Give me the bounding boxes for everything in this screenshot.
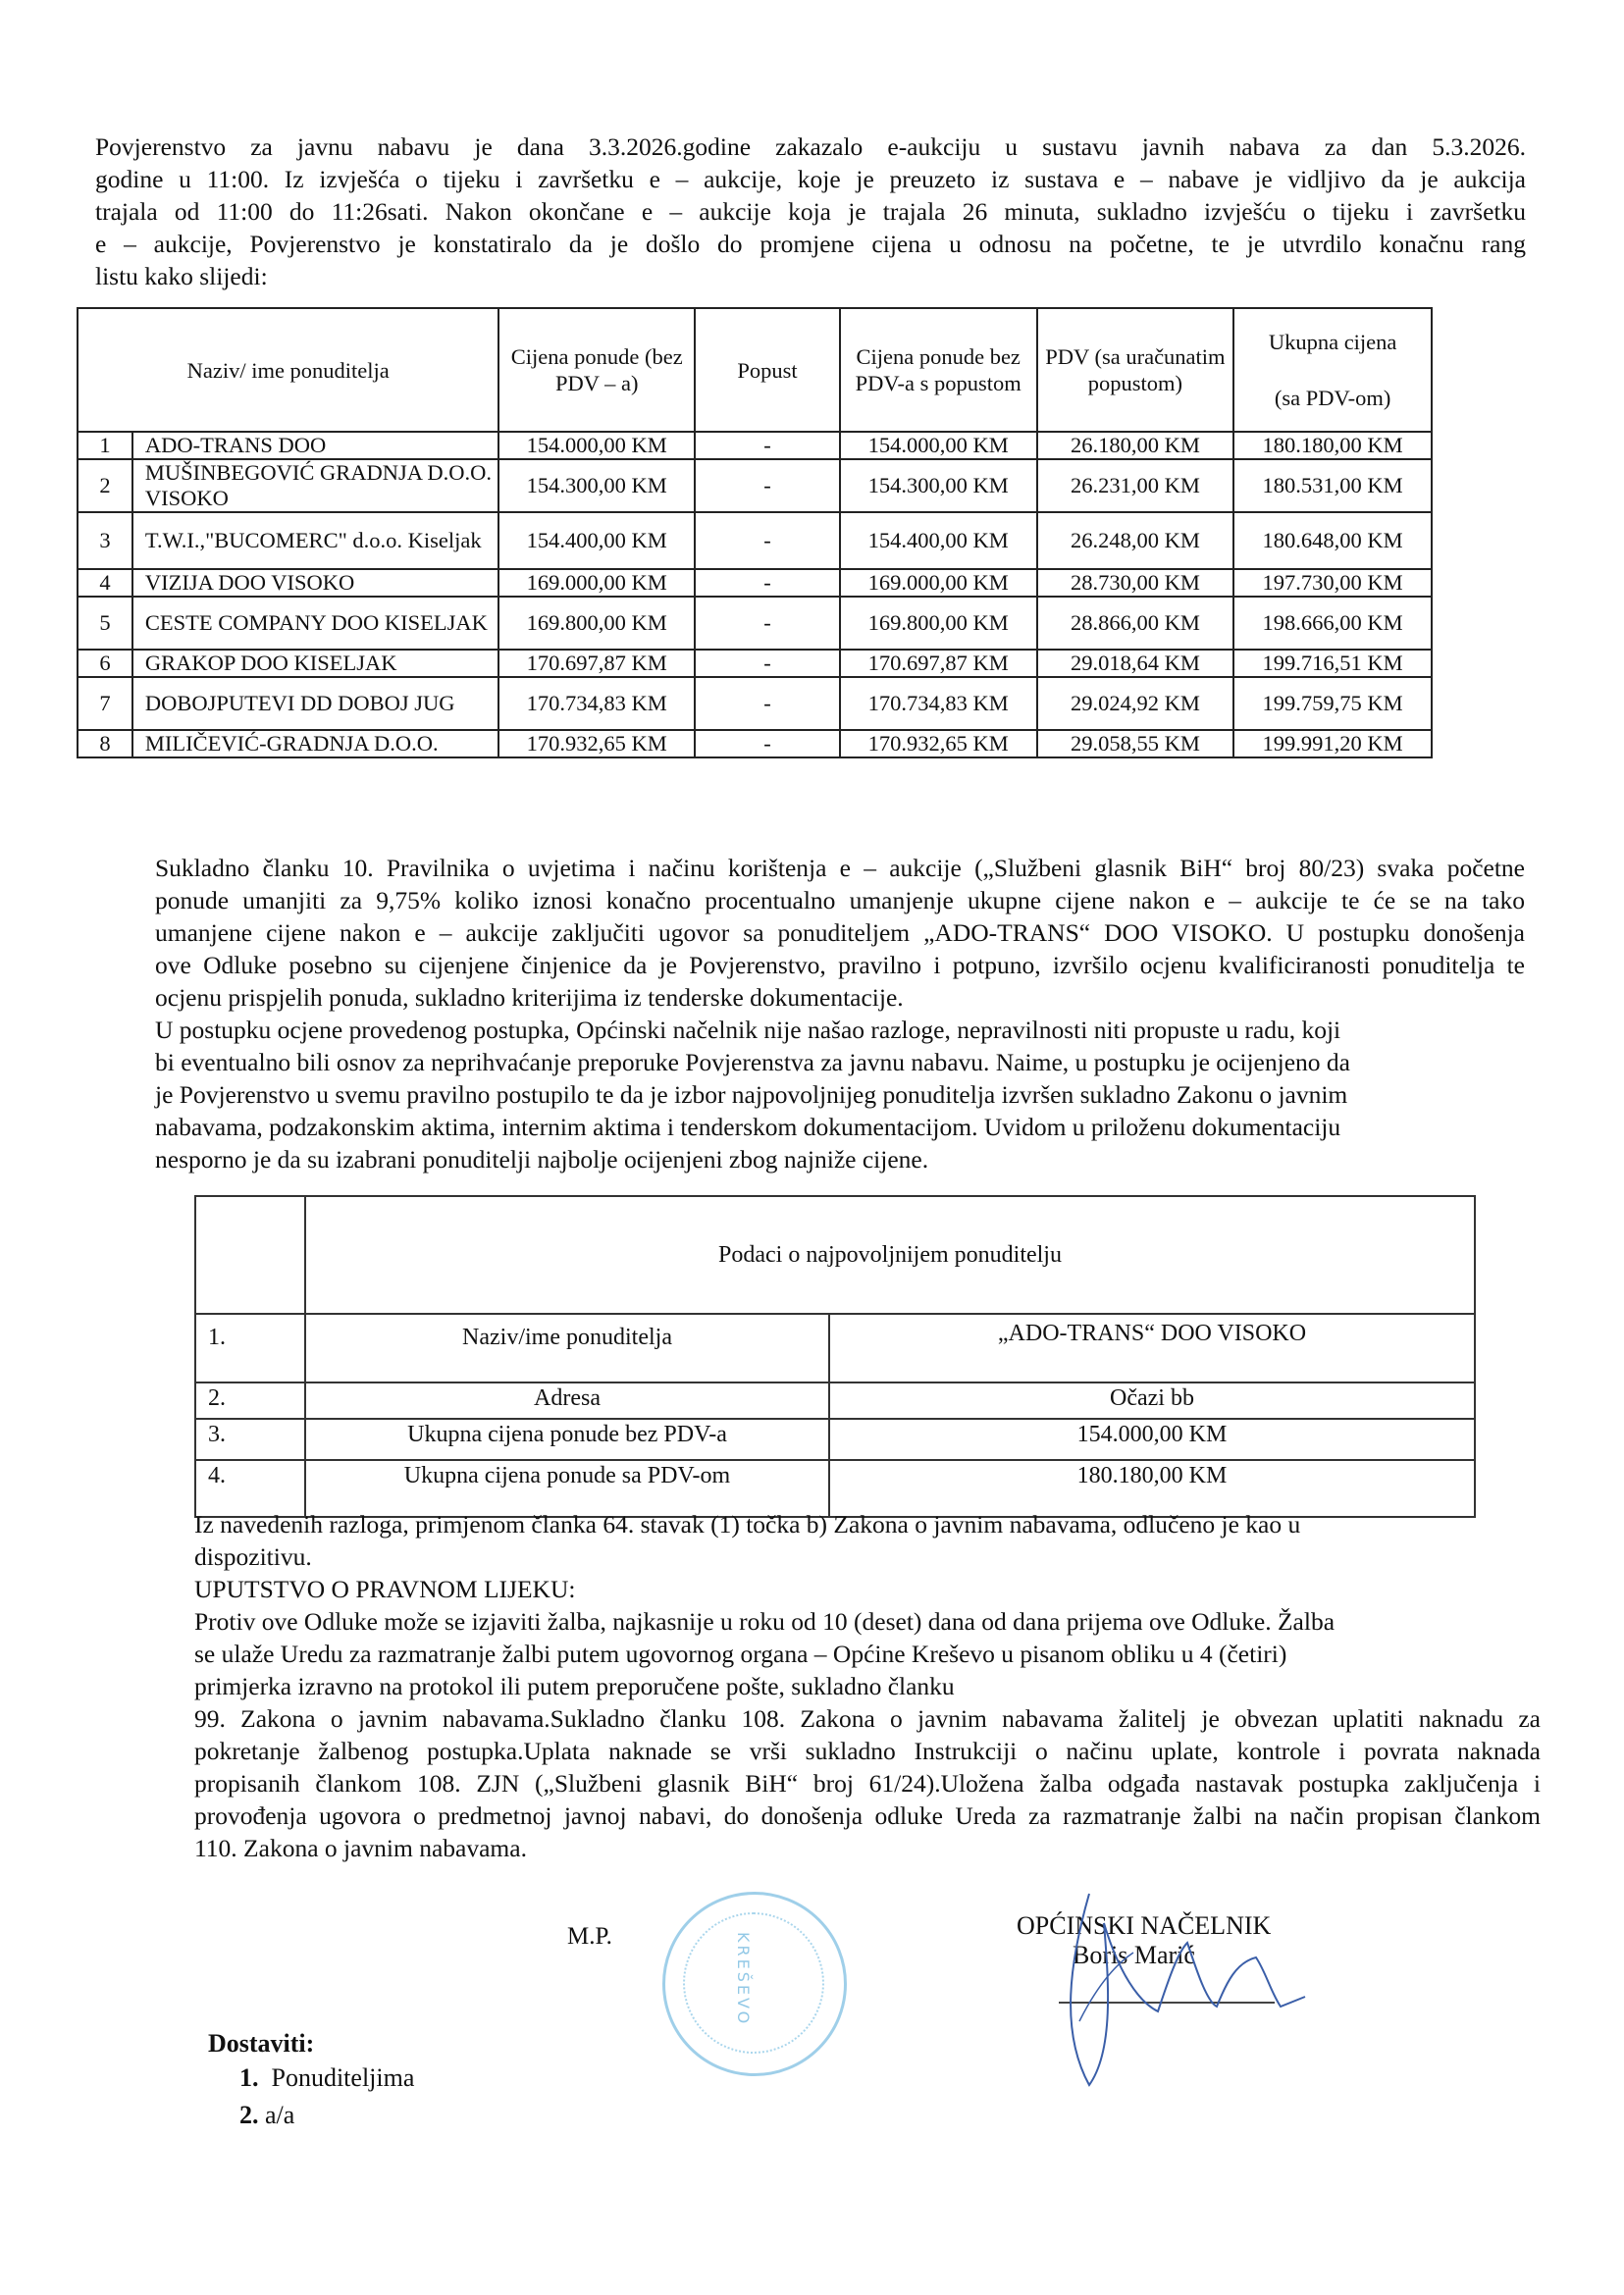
best-bidder-title: Podaci o najpovoljnijem ponuditelju xyxy=(305,1196,1475,1314)
intro-paragraph: Povjerenstvo za javnu nabavu je dana 3.3… xyxy=(95,130,1526,292)
reasoning-line: nesporno je da su izabrani ponuditelji n… xyxy=(155,1143,1525,1175)
cell-price-discounted: 170.734,83 KM xyxy=(840,677,1037,730)
cell-rank: 2 xyxy=(78,459,132,512)
header-price: Cijena ponude (bez PDV – a) xyxy=(498,308,695,432)
reasoning-line: ponude umanjiti za 9,75% koliko iznosi k… xyxy=(155,884,1525,916)
delivery-item-num: 2. xyxy=(239,2101,259,2129)
cell-total: 180.180,00 KM xyxy=(1233,432,1432,459)
conclusion-line: 99. Zakona o javnim nabavama.Sukladno čl… xyxy=(194,1702,1541,1735)
ranking-table-row: 7DOBOJPUTEVI DD DOBOJ JUG170.734,83 KM-1… xyxy=(78,677,1432,730)
cell-vat: 29.058,55 KM xyxy=(1037,730,1234,757)
cell-vat: 28.730,00 KM xyxy=(1037,569,1234,597)
cell-vat: 26.231,00 KM xyxy=(1037,459,1234,512)
cell-price-discounted: 154.000,00 KM xyxy=(840,432,1037,459)
header-price-discounted: Cijena ponude bez PDV-a s popustom xyxy=(840,308,1037,432)
ranking-table-header: Naziv/ ime ponuditelja Cijena ponude (be… xyxy=(78,308,1432,432)
cell-price: 154.000,00 KM xyxy=(498,432,695,459)
cell-vat: 26.180,00 KM xyxy=(1037,432,1234,459)
best-bidder-title-row: Podaci o najpovoljnijem ponuditelju xyxy=(195,1196,1475,1314)
cell-price: 169.000,00 KM xyxy=(498,569,695,597)
cell-rank: 8 xyxy=(78,730,132,757)
cell-discount: - xyxy=(695,569,840,597)
legal-remedy-heading: UPUTSTVO O PRAVNOM LIJEKU: xyxy=(194,1573,1541,1605)
cell-vat: 26.248,00 KM xyxy=(1037,512,1234,569)
stamp-inner-ring xyxy=(683,1912,824,2054)
cell-total: 199.716,51 KM xyxy=(1233,650,1432,677)
row-label: Naziv/ime ponuditelja xyxy=(305,1314,829,1382)
cell-vat: 29.024,92 KM xyxy=(1037,677,1234,730)
row-value: „ADO-TRANS“ DOO VISOKO xyxy=(829,1314,1475,1382)
delivery-item-text: a/a xyxy=(265,2101,294,2129)
header-vat: PDV (sa uračunatim popustom) xyxy=(1037,308,1234,432)
cell-discount: - xyxy=(695,459,840,512)
delivery-item-text: Ponuditeljima xyxy=(272,2063,415,2092)
cell-total: 180.531,00 KM xyxy=(1233,459,1432,512)
conclusion-line: 110. Zakona o javnim nabavama. xyxy=(194,1832,1541,1864)
header-total-label: Ukupna cijena xyxy=(1269,330,1397,354)
cell-price: 170.932,65 KM xyxy=(498,730,695,757)
cell-price-discounted: 154.300,00 KM xyxy=(840,459,1037,512)
cell-discount: - xyxy=(695,730,840,757)
conclusion-line: propisanih člankom 108. ZJN („Službeni g… xyxy=(194,1767,1541,1799)
row-num: 3. xyxy=(195,1419,305,1460)
cell-price-discounted: 154.400,00 KM xyxy=(840,512,1037,569)
cell-price: 154.400,00 KM xyxy=(498,512,695,569)
intro-line: godine u 11:00. Iz izvješća o tijeku i z… xyxy=(95,163,1526,195)
cell-rank: 5 xyxy=(78,597,132,650)
ranking-table-row: 1ADO-TRANS DOO154.000,00 KM-154.000,00 K… xyxy=(78,432,1432,459)
cell-total: 197.730,00 KM xyxy=(1233,569,1432,597)
cell-price-discounted: 170.697,87 KM xyxy=(840,650,1037,677)
cell-discount: - xyxy=(695,512,840,569)
cell-name: MUŠINBEGOVIĆ GRADNJA D.O.O. VISOKO xyxy=(132,459,499,512)
header-total-sub: (sa PDV-om) xyxy=(1238,385,1427,411)
intro-line: e – aukcije, Povjerenstvo je konstatiral… xyxy=(95,228,1526,260)
reasoning-line: je Povjerenstvo u svemu pravilno postupi… xyxy=(155,1078,1525,1111)
best-bidder-row: 1. Naziv/ime ponuditelja „ADO-TRANS“ DOO… xyxy=(195,1314,1475,1382)
cell-total: 198.666,00 KM xyxy=(1233,597,1432,650)
handwritten-signature xyxy=(1060,1884,1315,2100)
reasoning-paragraph: Sukladno članku 10. Pravilnika o uvjetim… xyxy=(155,852,1525,1175)
cell-name: CESTE COMPANY DOO KISELJAK xyxy=(132,597,499,650)
delivery-heading: Dostaviti: xyxy=(208,2028,414,2060)
cell-vat: 28.866,00 KM xyxy=(1037,597,1234,650)
header-discount: Popust xyxy=(695,308,840,432)
conclusion-line: provođenja ugovora o predmetnoj javnoj n… xyxy=(194,1799,1541,1832)
ranking-table-row: 2MUŠINBEGOVIĆ GRADNJA D.O.O. VISOKO154.3… xyxy=(78,459,1432,512)
best-bidder-table: Podaci o najpovoljnijem ponuditelju 1. N… xyxy=(194,1195,1476,1518)
cell-price: 169.800,00 KM xyxy=(498,597,695,650)
conclusion-line: pokretanje žalbenog postupka.Uplata nakn… xyxy=(194,1735,1541,1767)
reasoning-line: ove Odluke posebno su cijenjene činjenic… xyxy=(155,949,1525,981)
delivery-item-num: 1. xyxy=(239,2063,259,2092)
cell-name: GRAKOP DOO KISELJAK xyxy=(132,650,499,677)
best-bidder-row: 3. Ukupna cijena ponude bez PDV-a 154.00… xyxy=(195,1419,1475,1460)
row-num: 2. xyxy=(195,1382,305,1419)
cell-rank: 6 xyxy=(78,650,132,677)
cell-name: DOBOJPUTEVI DD DOBOJ JUG xyxy=(132,677,499,730)
ranking-table-row: 6GRAKOP DOO KISELJAK170.697,87 KM-170.69… xyxy=(78,650,1432,677)
cell-name: MILIČEVIĆ-GRADNJA D.O.O. xyxy=(132,730,499,757)
conclusion-line: Protiv ove Odluke može se izjaviti žalba… xyxy=(194,1605,1541,1638)
cell-name: ADO-TRANS DOO xyxy=(132,432,499,459)
cell-price: 170.697,87 KM xyxy=(498,650,695,677)
cell-vat: 29.018,64 KM xyxy=(1037,650,1234,677)
reasoning-line: ocjenu prispjelih ponuda, sukladno krite… xyxy=(155,981,1525,1014)
cell-discount: - xyxy=(695,432,840,459)
cell-total: 180.648,00 KM xyxy=(1233,512,1432,569)
cell-price: 154.300,00 KM xyxy=(498,459,695,512)
cell-total: 199.759,75 KM xyxy=(1233,677,1432,730)
header-name: Naziv/ ime ponuditelja xyxy=(78,308,498,432)
cell-price-discounted: 169.800,00 KM xyxy=(840,597,1037,650)
ranking-table-row: 4VIZIJA DOO VISOKO169.000,00 KM-169.000,… xyxy=(78,569,1432,597)
cell-rank: 3 xyxy=(78,512,132,569)
cell-name: VIZIJA DOO VISOKO xyxy=(132,569,499,597)
conclusion-line: se ulaže Uredu za razmatranje žalbi pute… xyxy=(194,1638,1541,1670)
conclusion-paragraph: Iz navedenih razloga, primjenom članka 6… xyxy=(194,1508,1541,1864)
ranking-table-row: 5CESTE COMPANY DOO KISELJAK169.800,00 KM… xyxy=(78,597,1432,650)
official-stamp: KREŠEVO xyxy=(662,1892,847,2076)
conclusion-line: Iz navedenih razloga, primjenom članka 6… xyxy=(194,1508,1541,1540)
intro-line: trajala od 11:00 do 11:26sati. Nakon oko… xyxy=(95,195,1526,228)
best-bidder-row: 2. Adresa Očazi bb xyxy=(195,1382,1475,1419)
cell-discount: - xyxy=(695,677,840,730)
ranking-table-row: 8MILIČEVIĆ-GRADNJA D.O.O.170.932,65 KM-1… xyxy=(78,730,1432,757)
cell-rank: 4 xyxy=(78,569,132,597)
reasoning-line: nabavama, podzakonskim aktima, internim … xyxy=(155,1111,1525,1143)
reasoning-line: Sukladno članku 10. Pravilnika o uvjetim… xyxy=(155,852,1525,884)
delivery-item: 2. a/a xyxy=(208,2097,414,2134)
cell-price: 170.734,83 KM xyxy=(498,677,695,730)
cell-price-discounted: 170.932,65 KM xyxy=(840,730,1037,757)
mp-label: M.P. xyxy=(567,1923,612,1951)
ranking-table: Naziv/ ime ponuditelja Cijena ponude (be… xyxy=(77,307,1433,758)
delivery-item: 1. Ponuditeljima xyxy=(208,2060,414,2097)
row-value: 154.000,00 KM xyxy=(829,1419,1475,1460)
cell-discount: - xyxy=(695,597,840,650)
intro-line: listu kako slijedi: xyxy=(95,260,1526,292)
cell-total: 199.991,20 KM xyxy=(1233,730,1432,757)
reasoning-line: U postupku ocjene provedenog postupka, O… xyxy=(155,1014,1525,1046)
conclusion-line: dispozitivu. xyxy=(194,1540,1541,1573)
cell-discount: - xyxy=(695,650,840,677)
row-value: Očazi bb xyxy=(829,1382,1475,1419)
intro-line: Povjerenstvo za javnu nabavu je dana 3.3… xyxy=(95,130,1526,163)
cell-rank: 7 xyxy=(78,677,132,730)
ranking-table-row: 3T.W.I.,"BUCOMERC" d.o.o. Kiseljak154.40… xyxy=(78,512,1432,569)
row-label: Ukupna cijena ponude bez PDV-a xyxy=(305,1419,829,1460)
header-total: Ukupna cijena (sa PDV-om) xyxy=(1233,308,1432,432)
conclusion-line: primjerka izravno na protokol ili putem … xyxy=(194,1670,1541,1702)
delivery-block: Dostaviti: 1. Ponuditeljima 2. a/a xyxy=(208,2028,414,2134)
row-num: 1. xyxy=(195,1314,305,1382)
stamp-text: KREŠEVO xyxy=(734,1932,753,2026)
cell-price-discounted: 169.000,00 KM xyxy=(840,569,1037,597)
row-label: Adresa xyxy=(305,1382,829,1419)
cell-rank: 1 xyxy=(78,432,132,459)
reasoning-line: umanjene cijene nakon e – aukcije zaklju… xyxy=(155,916,1525,949)
reasoning-line: bi eventualno bili osnov za neprihvaćanj… xyxy=(155,1046,1525,1078)
cell-name: T.W.I.,"BUCOMERC" d.o.o. Kiseljak xyxy=(132,512,499,569)
